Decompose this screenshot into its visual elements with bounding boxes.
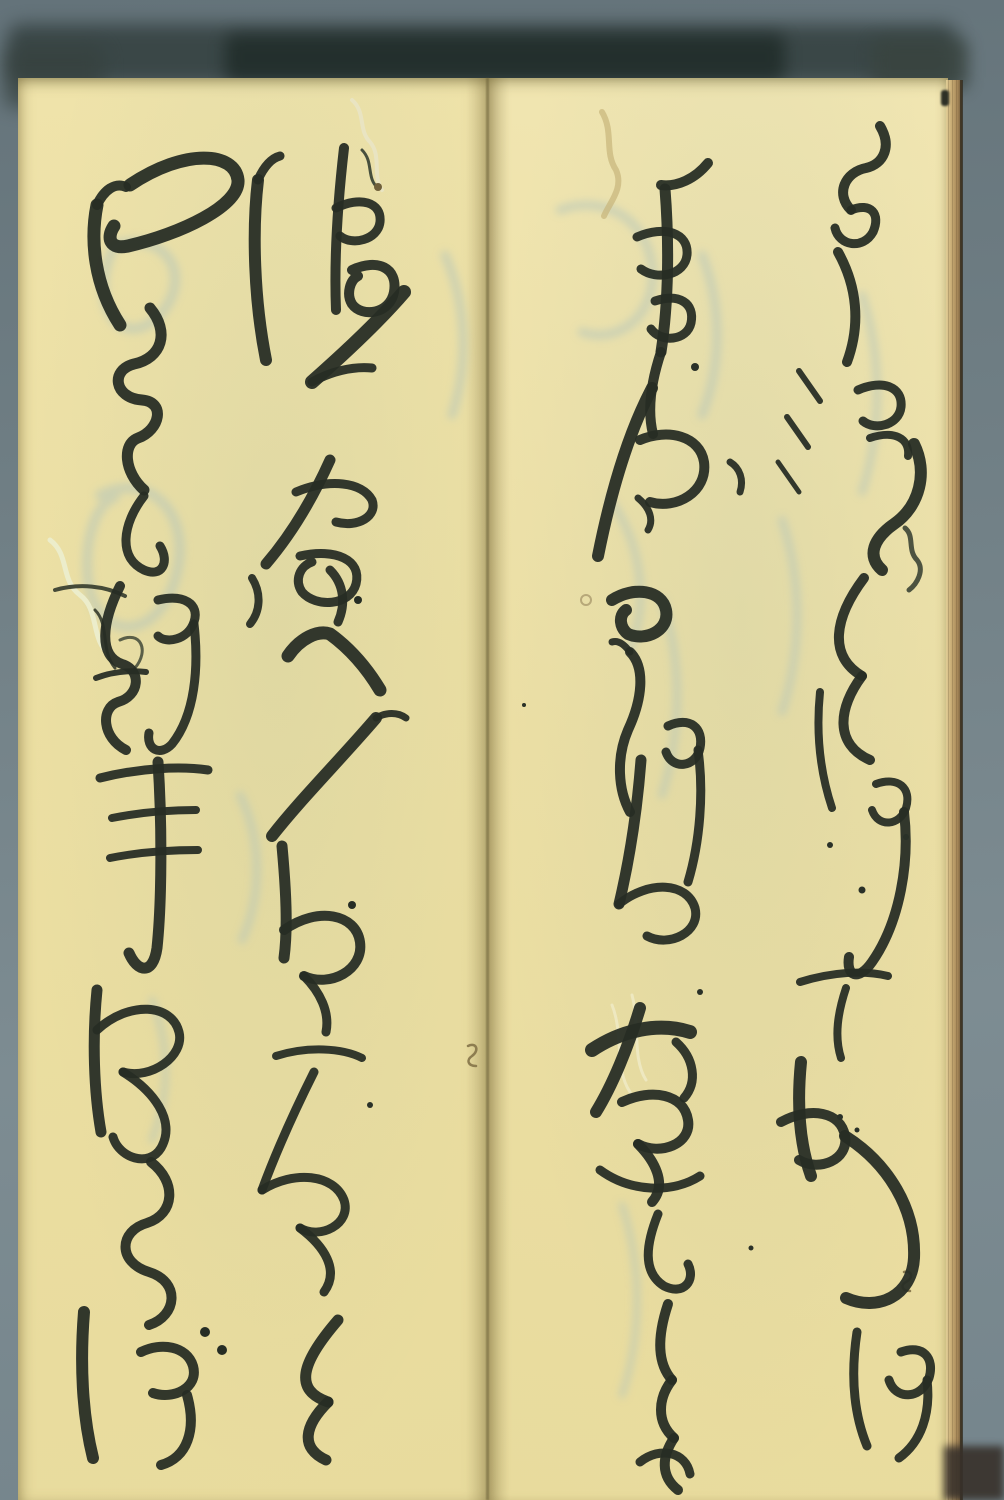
bleedthrough-ghost-layer	[87, 205, 877, 1395]
calligraphy-column-right-outer	[778, 126, 931, 1458]
right-margin-mark	[905, 528, 920, 590]
photo-of-open-manuscript: と流くりて…むに まあやは…庵とも〻 保名いみちら…をはく やまと紀事ねほば	[0, 0, 1004, 1500]
calligraphy-column-left-inner	[250, 148, 406, 1460]
calligraphy-artwork	[0, 0, 1004, 1500]
calligraphy-column-left-outer	[82, 158, 238, 1465]
